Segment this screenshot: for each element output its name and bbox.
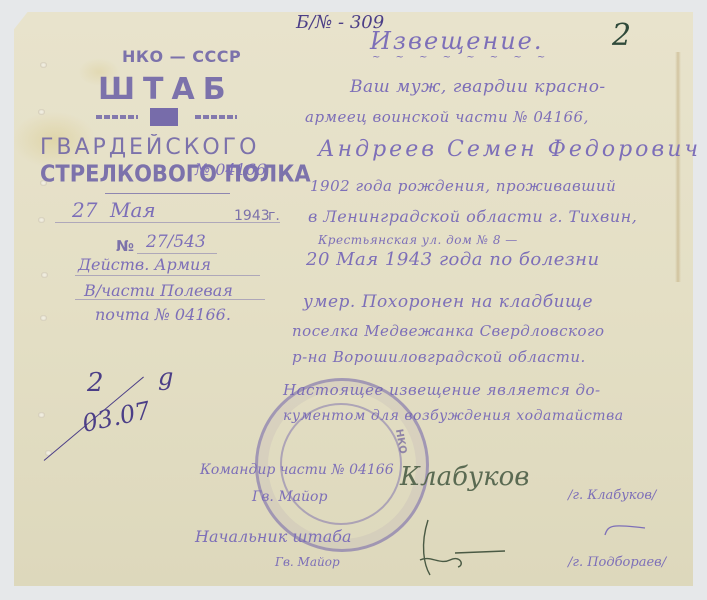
address-rule-2 bbox=[75, 299, 265, 300]
number-underline bbox=[137, 253, 217, 254]
chief-of-staff-rank: Гв. Майор bbox=[275, 555, 340, 569]
body-line-10: р-на Ворошиловградской области. bbox=[292, 348, 586, 366]
body-line-5: в Ленинградской области г. Тихвин, bbox=[308, 207, 637, 226]
body-line-3-name: Андреев Семен Федорович bbox=[318, 137, 701, 162]
address-rule-1 bbox=[75, 275, 260, 276]
body-line-2: армеец воинской части № 04166, bbox=[305, 108, 589, 126]
address-line-1: Действ. Армия bbox=[78, 255, 211, 274]
page-number: 2 bbox=[612, 18, 631, 53]
date-month: Мая bbox=[110, 198, 156, 222]
date-day: 27 bbox=[72, 198, 97, 222]
stamp-headquarters: ШТАБ bbox=[98, 72, 234, 107]
margin-note-numerator: 2 bbox=[87, 368, 104, 398]
unit-number-handwritten: № 04166 bbox=[195, 160, 266, 179]
number-value: 27/543 bbox=[146, 232, 206, 252]
commander-rank: Гв. Майор bbox=[252, 489, 327, 505]
stamp-ornament-left bbox=[96, 115, 138, 119]
commander-printed-name: /г. Клабуков/ bbox=[568, 488, 656, 503]
margin-note-initial: g bbox=[158, 363, 173, 391]
stamp-guards: ГВАРДЕЙСКОГО bbox=[40, 135, 259, 160]
address-line-3: почта № 04166. bbox=[95, 305, 231, 324]
body-line-8: умер. Похоронен на кладбище bbox=[303, 292, 593, 312]
chief-of-staff-signature-icon bbox=[410, 515, 520, 585]
stamp-rifle-regiment: СТРЕЛКОВОГО ПОЛКА bbox=[40, 161, 311, 187]
body-line-9: поселка Медвежанка Свердловского bbox=[292, 322, 605, 340]
body-line-1: Ваш муж, гвардии красно- bbox=[350, 77, 606, 97]
chief-of-staff-role: Начальник штаба bbox=[195, 527, 352, 546]
chief-of-staff-printed-name: /г. Подбораев/ bbox=[568, 555, 666, 570]
body-line-6: Крестьянская ул. дом № 8 — bbox=[318, 233, 518, 247]
commander-role: Командир части № 04166 bbox=[200, 462, 394, 478]
stamp-nko-ussr: НКО — СССР bbox=[122, 47, 241, 66]
guards-badge-icon bbox=[150, 108, 178, 126]
body-line-4: 1902 года рождения, проживавший bbox=[310, 177, 616, 195]
number-label: № bbox=[116, 237, 134, 255]
commander-signature: Клабуков bbox=[400, 462, 529, 492]
body-line-7: 20 Мая 1943 года по болезни bbox=[306, 249, 600, 270]
title-underline-decoration: ~ ~ ~ ~ ~ ~ ~ ~ bbox=[372, 52, 551, 63]
tilde-mark-icon bbox=[600, 520, 650, 540]
date-underline bbox=[55, 222, 280, 223]
document-title: Извещение. bbox=[370, 27, 544, 55]
stamp-ornament-right bbox=[195, 115, 237, 119]
stamp-rule bbox=[105, 193, 230, 194]
address-line-2: В/части Полевая bbox=[84, 281, 233, 300]
